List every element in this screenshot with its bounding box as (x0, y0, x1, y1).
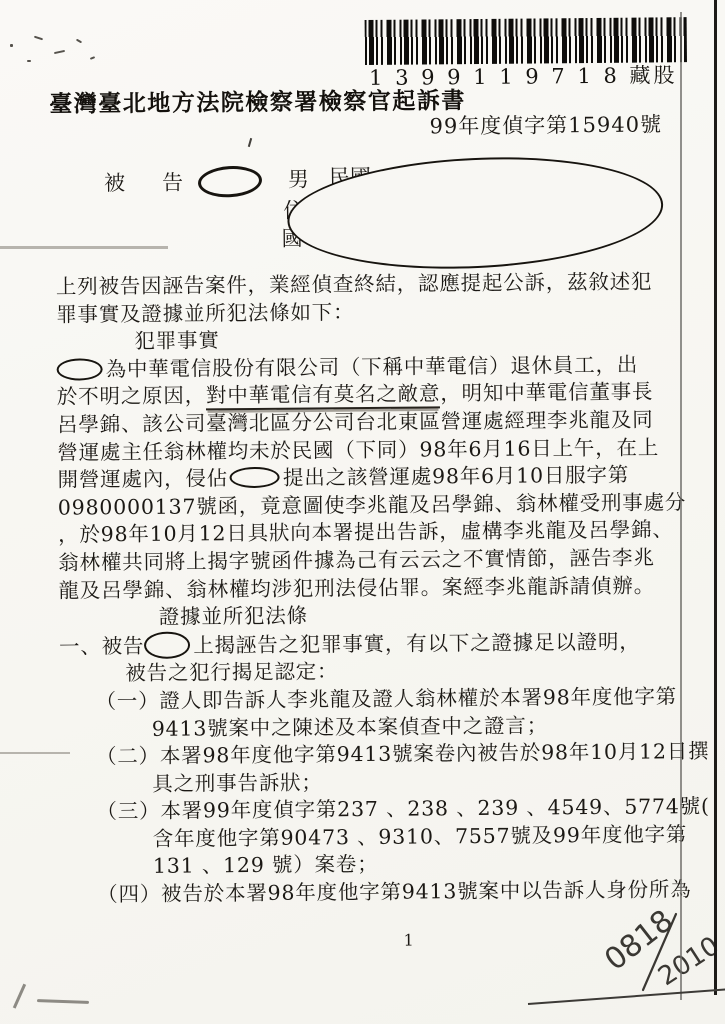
body-text: 翁林權共同將上揭字號函件據為己有云云之不實情節，誣告李兆 (58, 545, 655, 574)
handwritten-date: 0818 2010 (565, 893, 725, 1013)
page: 1 3 9 9 1 1 9 7 1 8 藏股 臺灣臺北地方法院檢察署檢察官起訴書… (0, 0, 725, 1024)
body-text: 9413號案中之陳述及本案偵查中之證言； (152, 713, 548, 740)
body-text: （三）本署99年度偵字第237 、238 、239 、4549、5774號( (96, 794, 709, 823)
case-number: 99年度偵字第15940號 (429, 108, 662, 140)
body-text: 於不明之原因， (57, 384, 206, 409)
body-text: 上列被告因誣告案件，業經偵查終結，認應提起公訴，茲敘述犯 (56, 269, 653, 298)
barcode (365, 17, 687, 65)
scanned-sheet: 1 3 9 9 1 1 9 7 1 8 藏股 臺灣臺北地方法院檢察署檢察官起訴書… (0, 0, 725, 1024)
body-text: 被告之犯行揭足認定： (125, 660, 338, 686)
body-text: 一、被告 (59, 634, 144, 659)
defendant-label-bei: 被 (104, 167, 125, 197)
redaction-oval-inline (57, 358, 103, 380)
body-line: 龍及呂學錦、翁林權均涉犯刑法侵佔罪。案經李兆龍訴請偵辦。 (58, 572, 706, 605)
body-text: 含年度他字第90473 、9310、7557號及99年度他字第 (153, 822, 688, 851)
body-text: 龍及呂學錦、翁林權均涉犯刑法侵佔罪。案經李兆龍訴請偵辦。 (58, 573, 655, 602)
redaction-oval-inline (230, 467, 280, 488)
body-text: 上揭誣告之犯罪事實，有以下之證據足以證明， (193, 629, 641, 657)
body-line: 上列被告因誣告案件，業經偵查終結，認應提起公訴，茲敘述犯 (56, 268, 704, 301)
body-line: （一）證人即告訴人李兆龍及證人翁林權於本署98年度他字第 (59, 683, 707, 716)
document-title: 臺灣臺北地方法院檢察署檢察官起訴書 (49, 82, 466, 119)
body-text: ，明知中華電信董事長 (440, 380, 653, 406)
redaction-oval-inline (144, 631, 190, 658)
body-text: 營運處主任翁林權均未於民國（下同）98年6月16日上午，在上 (57, 435, 659, 464)
body-text: 犯罪事實 (134, 328, 219, 353)
body-line: 一、被告上揭誣告之犯罪事實，有以下之證據足以證明， (59, 627, 707, 661)
body-text: 131 、129 號）案卷； (153, 852, 379, 878)
body-line: （二）本署98年度他字第9413號案卷內被告於98年10月12日撰 (60, 738, 708, 771)
defendant-info-gender: 男 (288, 163, 309, 193)
document-body: 上列被告因誣告案件，業經偵查終結，認應提起公訴，茲敘述犯罪事實及證據並所犯法條如… (56, 268, 710, 909)
body-text: 證據並所犯法條 (159, 604, 308, 629)
body-text: 為中華電信股份有限公司（下稱中華電信）退休員工，出 (106, 352, 639, 381)
body-text: （一）證人即告訴人李兆龍及證人翁林權於本署98年度他字第 (95, 684, 677, 713)
body-text: 提出之該營運處98年6月10日服字第 (283, 463, 629, 490)
body-text: 呂學錦、該公司臺灣北區分公司台北東區營運處經理李兆龍及同 (57, 407, 654, 436)
body-text: 罪事實及證據並所犯法條如下： (56, 300, 354, 327)
body-text: 0980000137號函，竟意圖使李兆龍及呂學錦、翁林權受刑事處分 (58, 490, 687, 519)
underlined-phrase: 對中華電信有莫名之敵意 (206, 382, 441, 411)
body-text: 具之刑事告訴狀； (152, 770, 323, 795)
body-text: ，於98年10月12日具狀向本署提出告訴，虛構李兆龍及呂學錦、 (58, 518, 674, 547)
redaction-oval-name (197, 164, 263, 199)
body-text: （二）本署98年度他字第9413號案卷內被告於98年10月12日撰 (96, 739, 710, 768)
page-number: 1 (404, 931, 414, 950)
defendant-label-gao: 告 (162, 167, 183, 197)
body-text: 開營運處內，侵佔 (57, 466, 228, 491)
